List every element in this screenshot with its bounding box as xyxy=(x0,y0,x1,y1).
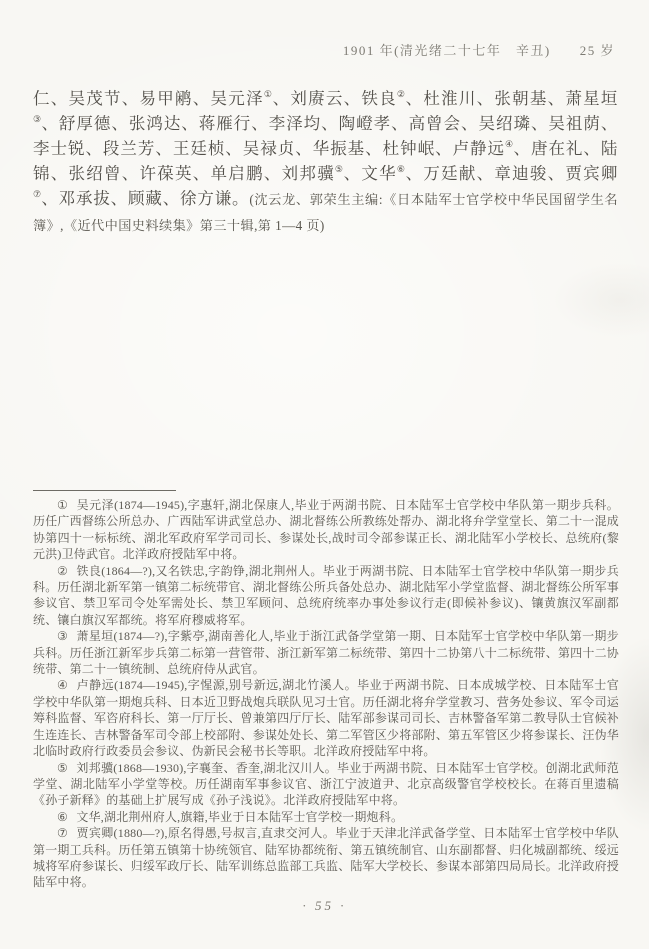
text-run: 、文华 xyxy=(344,164,397,183)
footnote-ref-marker: ⑥ xyxy=(397,164,406,174)
footnote-text: 文华,湖北荆州府人,旗籍,毕业于日本陆军士官学校一期炮科。 xyxy=(76,810,403,824)
footnote-ref-marker: ① xyxy=(264,89,273,99)
footnote-ref-marker: ② xyxy=(397,89,406,99)
footnote-divider-rule xyxy=(33,490,176,491)
footnote-item: ⑤刘邦骥(1868—1930),字襄奎、香奎,湖北汉川人。毕业于两湖书院、日本陆… xyxy=(33,760,619,809)
footnote-item: ⑥文华,湖北荆州府人,旗籍,毕业于日本陆军士官学校一期炮科。 xyxy=(33,809,619,825)
text-run: 仁、吴茂节、易甲鹇、吴元泽 xyxy=(33,89,264,108)
footnote-text: 卢静远(1874—1945),字惺源,别号新远,湖北竹溪人。毕业于两湖书院、日本… xyxy=(33,678,619,758)
text-run: 、杜淮川、张朝基、萧星垣 xyxy=(406,89,618,108)
footnotes-section: ①吴元泽(1874—1945),字惠轩,湖北保康人,毕业于两湖书院、日本陆军士官… xyxy=(33,497,619,891)
footnote-text: 萧星垣(1874—?),字紫亭,湖南善化人,毕业于浙江武备学堂第一期、日本陆军士… xyxy=(33,629,619,676)
footnote-ref-marker: ⑤ xyxy=(335,164,344,174)
text-run: 、万廷献、章迪骏、贾宾卿 xyxy=(406,164,618,183)
footnote-item: ②铁良(1864—?),又名铁忠,字韵铮,湖北荆州人。毕业于两湖书院、日本陆军士… xyxy=(33,563,619,629)
footnote-item: ④卢静远(1874—1945),字惺源,别号新远,湖北竹溪人。毕业于两湖书院、日… xyxy=(33,677,619,759)
footnote-marker: ② xyxy=(57,564,68,578)
footnote-marker: ④ xyxy=(57,678,68,692)
footnote-item: ③萧星垣(1874—?),字紫亭,湖南善化人,毕业于浙江武备学堂第一期、日本陆军… xyxy=(33,628,619,677)
main-paragraph: 仁、吴茂节、易甲鹇、吴元泽①、刘赓云、铁良②、杜淮川、张朝基、萧星垣③、舒厚德、… xyxy=(33,86,618,238)
footnote-item: ⑦贾宾卿(1880—?),原名得愚,号叔言,直隶交河人。毕业于天津北洋武备学堂、… xyxy=(33,825,619,891)
footnote-text: 刘邦骥(1868—1930),字襄奎、香奎,湖北汉川人。毕业于两湖书院、日本陆军… xyxy=(33,761,619,808)
footnote-marker: ⑦ xyxy=(57,826,68,840)
text-run: 、刘赓云、铁良 xyxy=(273,89,397,108)
footnote-marker: ③ xyxy=(57,629,68,643)
footnote-text: 铁良(1864—?),又名铁忠,字韵铮,湖北荆州人。毕业于两湖书院、日本陆军士官… xyxy=(33,564,619,627)
footnote-marker: ⑤ xyxy=(57,761,68,775)
running-head: 1901 年(清光绪二十七年 辛丑) 25 岁 xyxy=(343,40,615,59)
page-number: · 55 · xyxy=(0,898,649,914)
footnote-text: 贾宾卿(1880—?),原名得愚,号叔言,直隶交河人。毕业于天津北洋武备学堂、日… xyxy=(33,826,619,889)
text-run: 、邓承拔、顾藏、徐方谦。 xyxy=(41,189,249,208)
book-page-scan: 1901 年(清光绪二十七年 辛丑) 25 岁 仁、吴茂节、易甲鹇、吴元泽①、刘… xyxy=(0,0,649,949)
footnote-marker: ① xyxy=(57,498,68,512)
footnote-text: 吴元泽(1874—1945),字惠轩,湖北保康人,毕业于两湖书院、日本陆军士官学… xyxy=(33,498,619,561)
footnote-marker: ⑥ xyxy=(57,810,68,824)
footnote-item: ①吴元泽(1874—1945),字惠轩,湖北保康人,毕业于两湖书院、日本陆军士官… xyxy=(33,497,619,563)
